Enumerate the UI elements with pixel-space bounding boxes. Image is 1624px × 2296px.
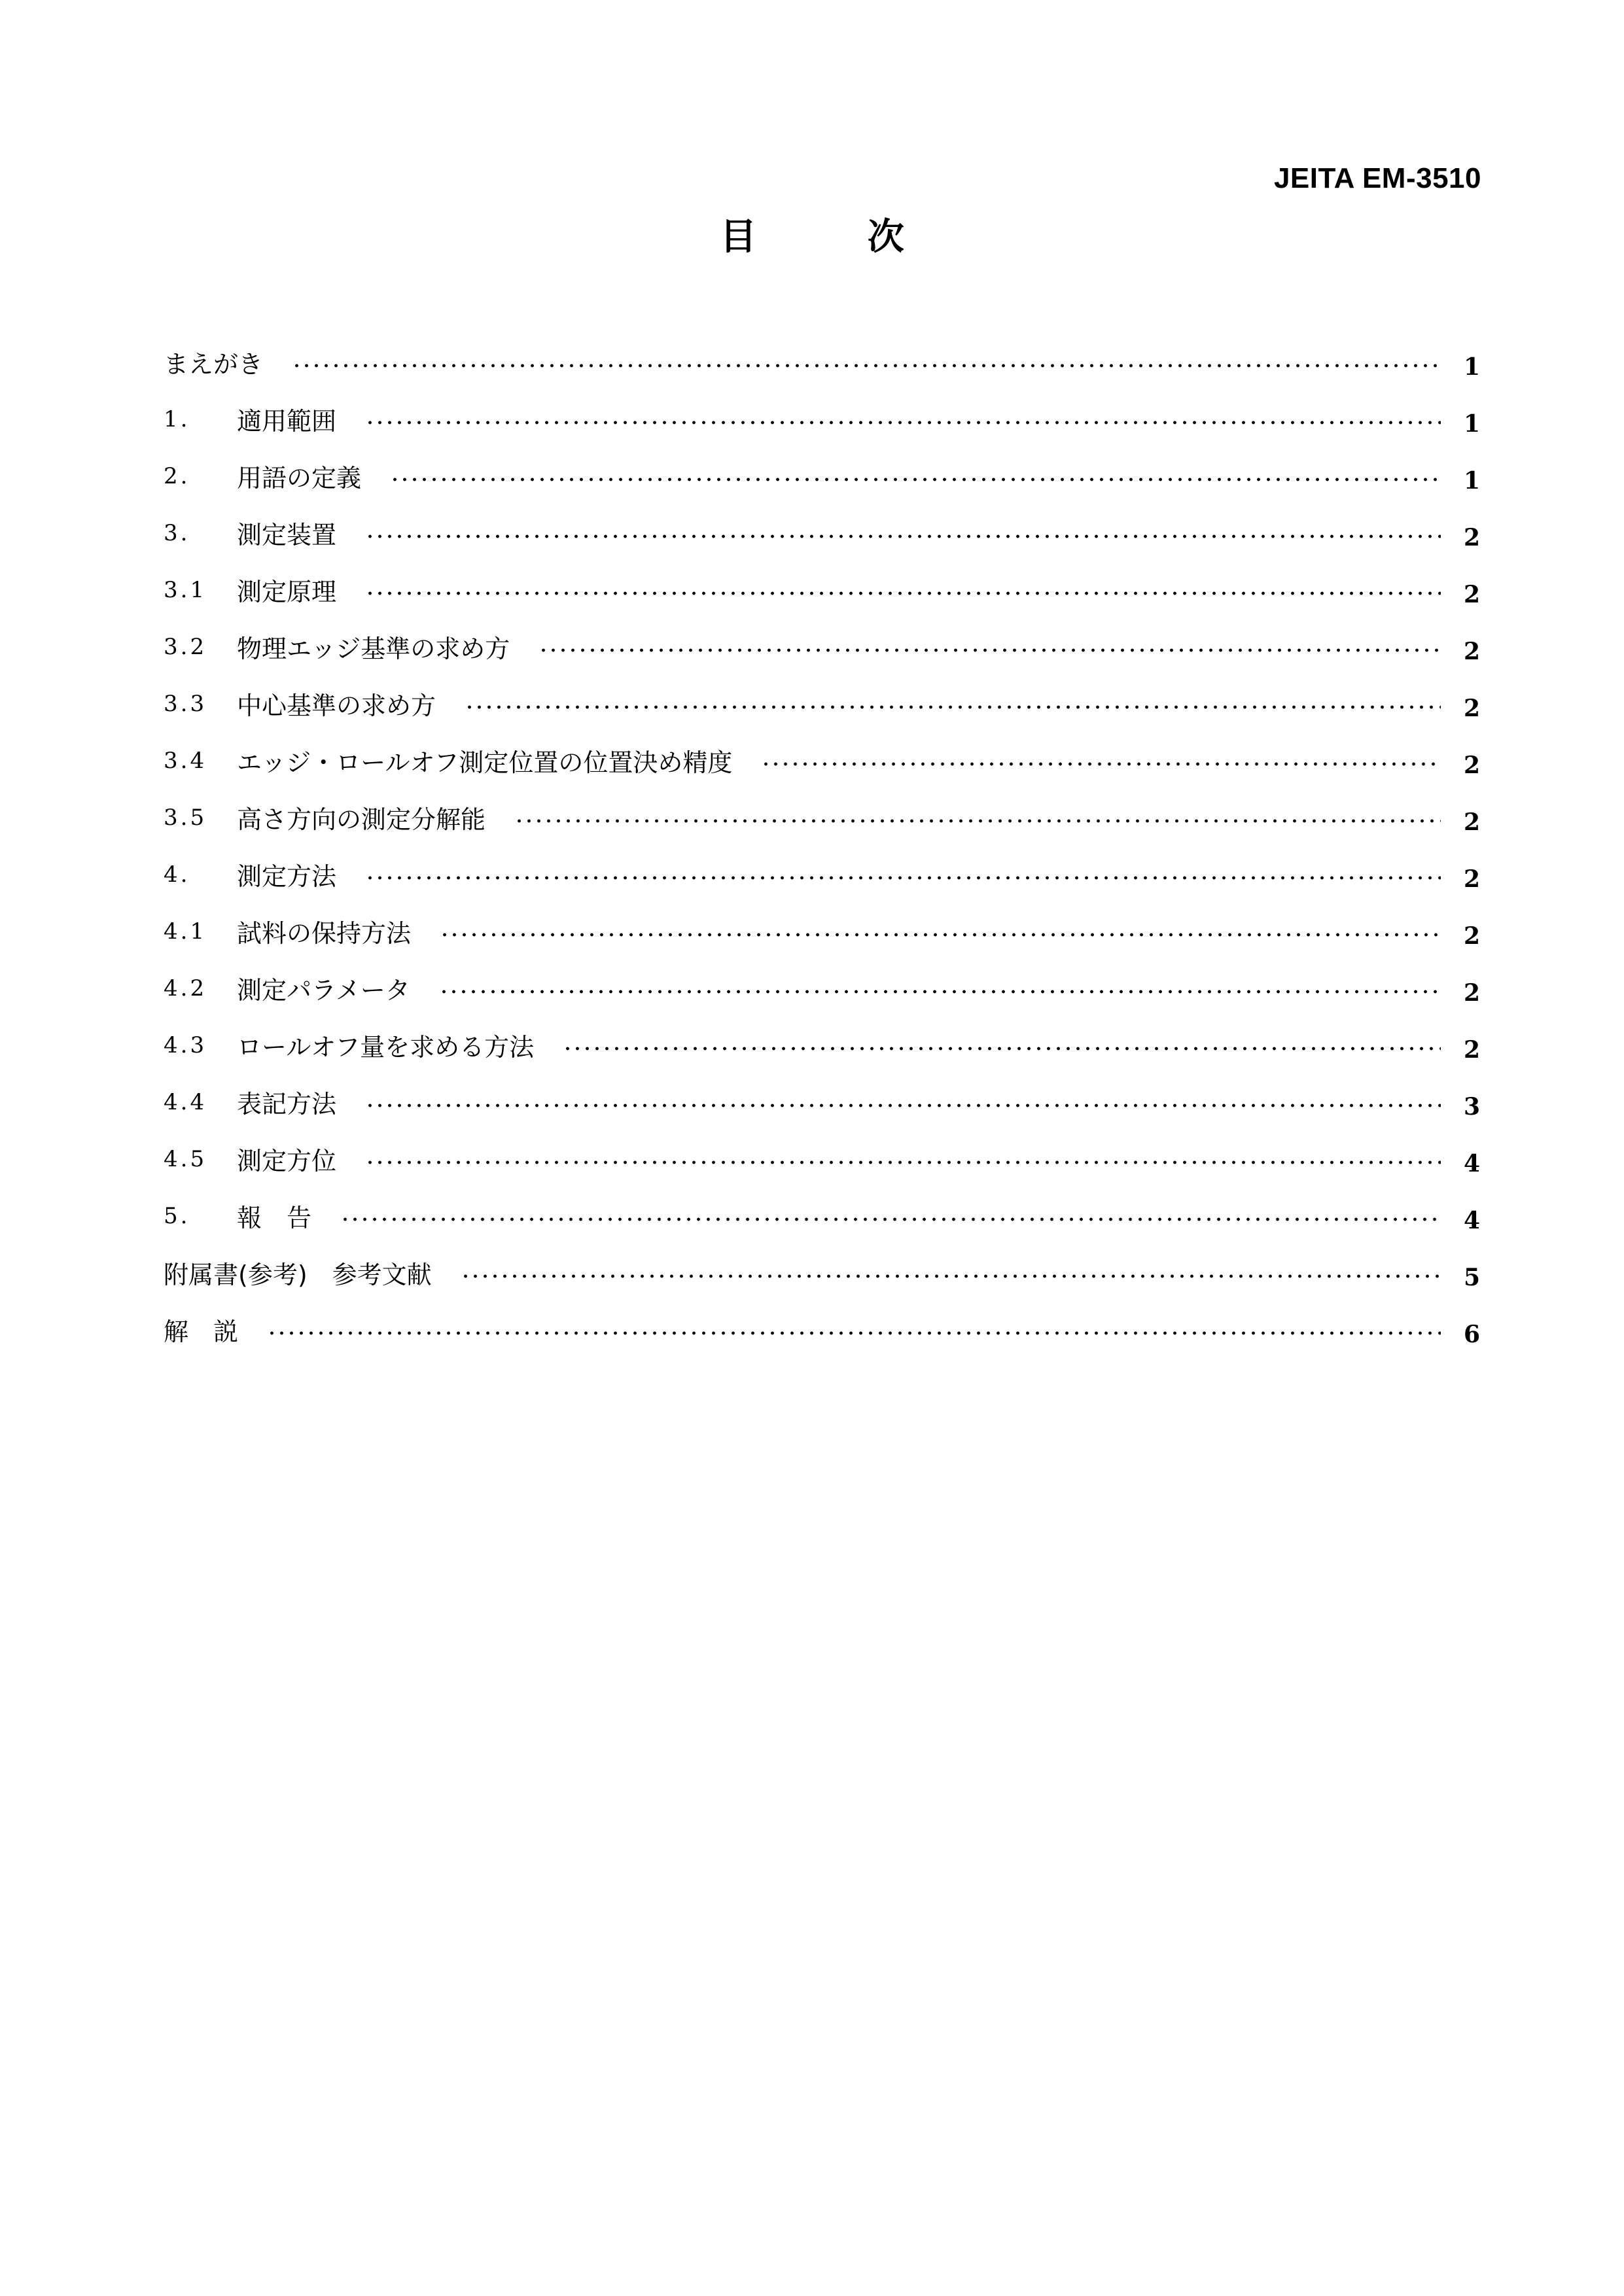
toc-entry-annex[interactable]: 附属書(参考) 参考文献 5: [164, 1244, 1480, 1301]
toc-entry-number: 3.3: [164, 691, 237, 717]
dot-leader: [365, 421, 1441, 425]
table-of-contents: まえがき 1 1. 適用範囲 1 2. 用語の定義 1 3. 測定装置 2 3.…: [164, 334, 1480, 1358]
toc-entry-4[interactable]: 4. 測定方法 2: [164, 846, 1480, 903]
toc-entry-label: 報 告: [237, 1198, 340, 1234]
toc-entry-page: 2: [1441, 752, 1480, 779]
dot-leader: [365, 1160, 1441, 1164]
dot-leader: [340, 1217, 1441, 1221]
toc-entry-page: 4: [1441, 1207, 1480, 1234]
toc-entry-2[interactable]: 2. 用語の定義 1: [164, 447, 1480, 504]
document-code: JEITA EM-3510: [1274, 162, 1481, 195]
toc-entry-label: 測定方位: [237, 1141, 365, 1177]
dot-leader: [563, 1047, 1441, 1051]
toc-entry-4-2[interactable]: 4.2 測定パラメータ 2: [164, 960, 1480, 1017]
dot-leader: [365, 876, 1441, 880]
toc-entry-label: 附属書(参考) 参考文献: [164, 1255, 461, 1291]
toc-entry-page: 4: [1441, 1150, 1480, 1177]
toc-entry-4-5[interactable]: 4.5 測定方位 4: [164, 1130, 1480, 1187]
toc-entry-label: 解 説: [164, 1312, 267, 1348]
toc-entry-preface[interactable]: まえがき 1: [164, 334, 1480, 391]
toc-entry-label: 高さ方向の測定分解能: [237, 799, 514, 835]
toc-entry-label: 適用範囲: [237, 401, 365, 437]
toc-entry-page: 1: [1441, 410, 1480, 438]
dot-leader: [538, 648, 1441, 652]
dot-leader: [439, 990, 1441, 994]
toc-entry-page: 2: [1441, 809, 1480, 836]
toc-entry-label: 物理エッジ基準の求め方: [237, 629, 538, 665]
toc-entry-number: 3.: [164, 520, 237, 546]
toc-entry-label: 測定装置: [237, 515, 365, 551]
toc-entry-label: 表記方法: [237, 1084, 365, 1120]
toc-entry-number: 4.5: [164, 1146, 237, 1172]
toc-entry-label: ロールオフ量を求める方法: [237, 1027, 563, 1063]
toc-entry-3-2[interactable]: 3.2 物理エッジ基準の求め方 2: [164, 618, 1480, 675]
toc-entry-page: 1: [1441, 467, 1480, 495]
dot-leader: [465, 705, 1441, 709]
toc-entry-number: 1.: [164, 406, 237, 432]
toc-entry-label: 用語の定義: [237, 458, 390, 494]
toc-entry-number: 4.3: [164, 1032, 237, 1058]
toc-entry-number: 3.4: [164, 748, 237, 774]
dot-leader: [365, 1104, 1441, 1107]
dot-leader: [514, 819, 1441, 823]
dot-leader: [440, 933, 1441, 937]
toc-entry-number: 3.1: [164, 577, 237, 603]
page-title-char-1: 目: [720, 208, 756, 260]
toc-entry-page: 2: [1441, 1036, 1480, 1064]
toc-entry-page: 2: [1441, 979, 1480, 1007]
dot-leader: [365, 591, 1441, 595]
toc-entry-number: 4.1: [164, 918, 237, 945]
dot-leader: [461, 1274, 1441, 1278]
toc-entry-page: 2: [1441, 581, 1480, 608]
toc-entry-commentary[interactable]: 解 説 6: [164, 1301, 1480, 1358]
toc-entry-page: 5: [1441, 1264, 1480, 1291]
toc-entry-number: 4.: [164, 861, 237, 888]
toc-entry-3-5[interactable]: 3.5 高さ方向の測定分解能 2: [164, 789, 1480, 846]
dot-leader: [761, 762, 1441, 766]
toc-entry-3-1[interactable]: 3.1 測定原理 2: [164, 561, 1480, 618]
toc-entry-page: 2: [1441, 865, 1480, 893]
toc-entry-page: 2: [1441, 695, 1480, 722]
toc-entry-label: 測定パラメータ: [237, 970, 439, 1006]
toc-entry-3[interactable]: 3. 測定装置 2: [164, 504, 1480, 561]
dot-leader: [292, 364, 1441, 368]
dot-leader: [267, 1331, 1441, 1335]
toc-entry-label: 測定原理: [237, 572, 365, 608]
toc-entry-number: 2.: [164, 463, 237, 489]
toc-entry-number: 3.2: [164, 634, 237, 660]
toc-entry-page: 3: [1441, 1093, 1480, 1121]
toc-entry-page: 6: [1441, 1321, 1480, 1348]
toc-entry-label: エッジ・ロールオフ測定位置の位置決め精度: [237, 742, 761, 778]
toc-entry-number: 5.: [164, 1203, 237, 1229]
toc-entry-5[interactable]: 5. 報 告 4: [164, 1187, 1480, 1244]
dot-leader: [390, 478, 1441, 481]
toc-entry-page: 2: [1441, 922, 1480, 950]
toc-entry-page: 2: [1441, 638, 1480, 665]
toc-entry-3-4[interactable]: 3.4 エッジ・ロールオフ測定位置の位置決め精度 2: [164, 732, 1480, 789]
toc-entry-page: 2: [1441, 524, 1480, 551]
dot-leader: [365, 534, 1441, 538]
toc-entry-number: 3.5: [164, 805, 237, 831]
toc-entry-3-3[interactable]: 3.3 中心基準の求め方 2: [164, 675, 1480, 732]
toc-entry-label: 測定方法: [237, 856, 365, 892]
toc-entry-number: 4.4: [164, 1089, 237, 1115]
page-title-char-2: 次: [868, 208, 904, 260]
page-title: 目 次: [0, 208, 1624, 260]
toc-entry-4-3[interactable]: 4.3 ロールオフ量を求める方法 2: [164, 1017, 1480, 1073]
toc-entry-4-4[interactable]: 4.4 表記方法 3: [164, 1073, 1480, 1130]
toc-entry-number: 4.2: [164, 975, 237, 1001]
toc-entry-page: 1: [1441, 353, 1480, 381]
toc-entry-4-1[interactable]: 4.1 試料の保持方法 2: [164, 903, 1480, 960]
toc-entry-label: 中心基準の求め方: [237, 686, 465, 722]
toc-entry-label: 試料の保持方法: [237, 913, 440, 949]
toc-entry-label: まえがき: [164, 344, 292, 380]
toc-entry-1[interactable]: 1. 適用範囲 1: [164, 391, 1480, 447]
